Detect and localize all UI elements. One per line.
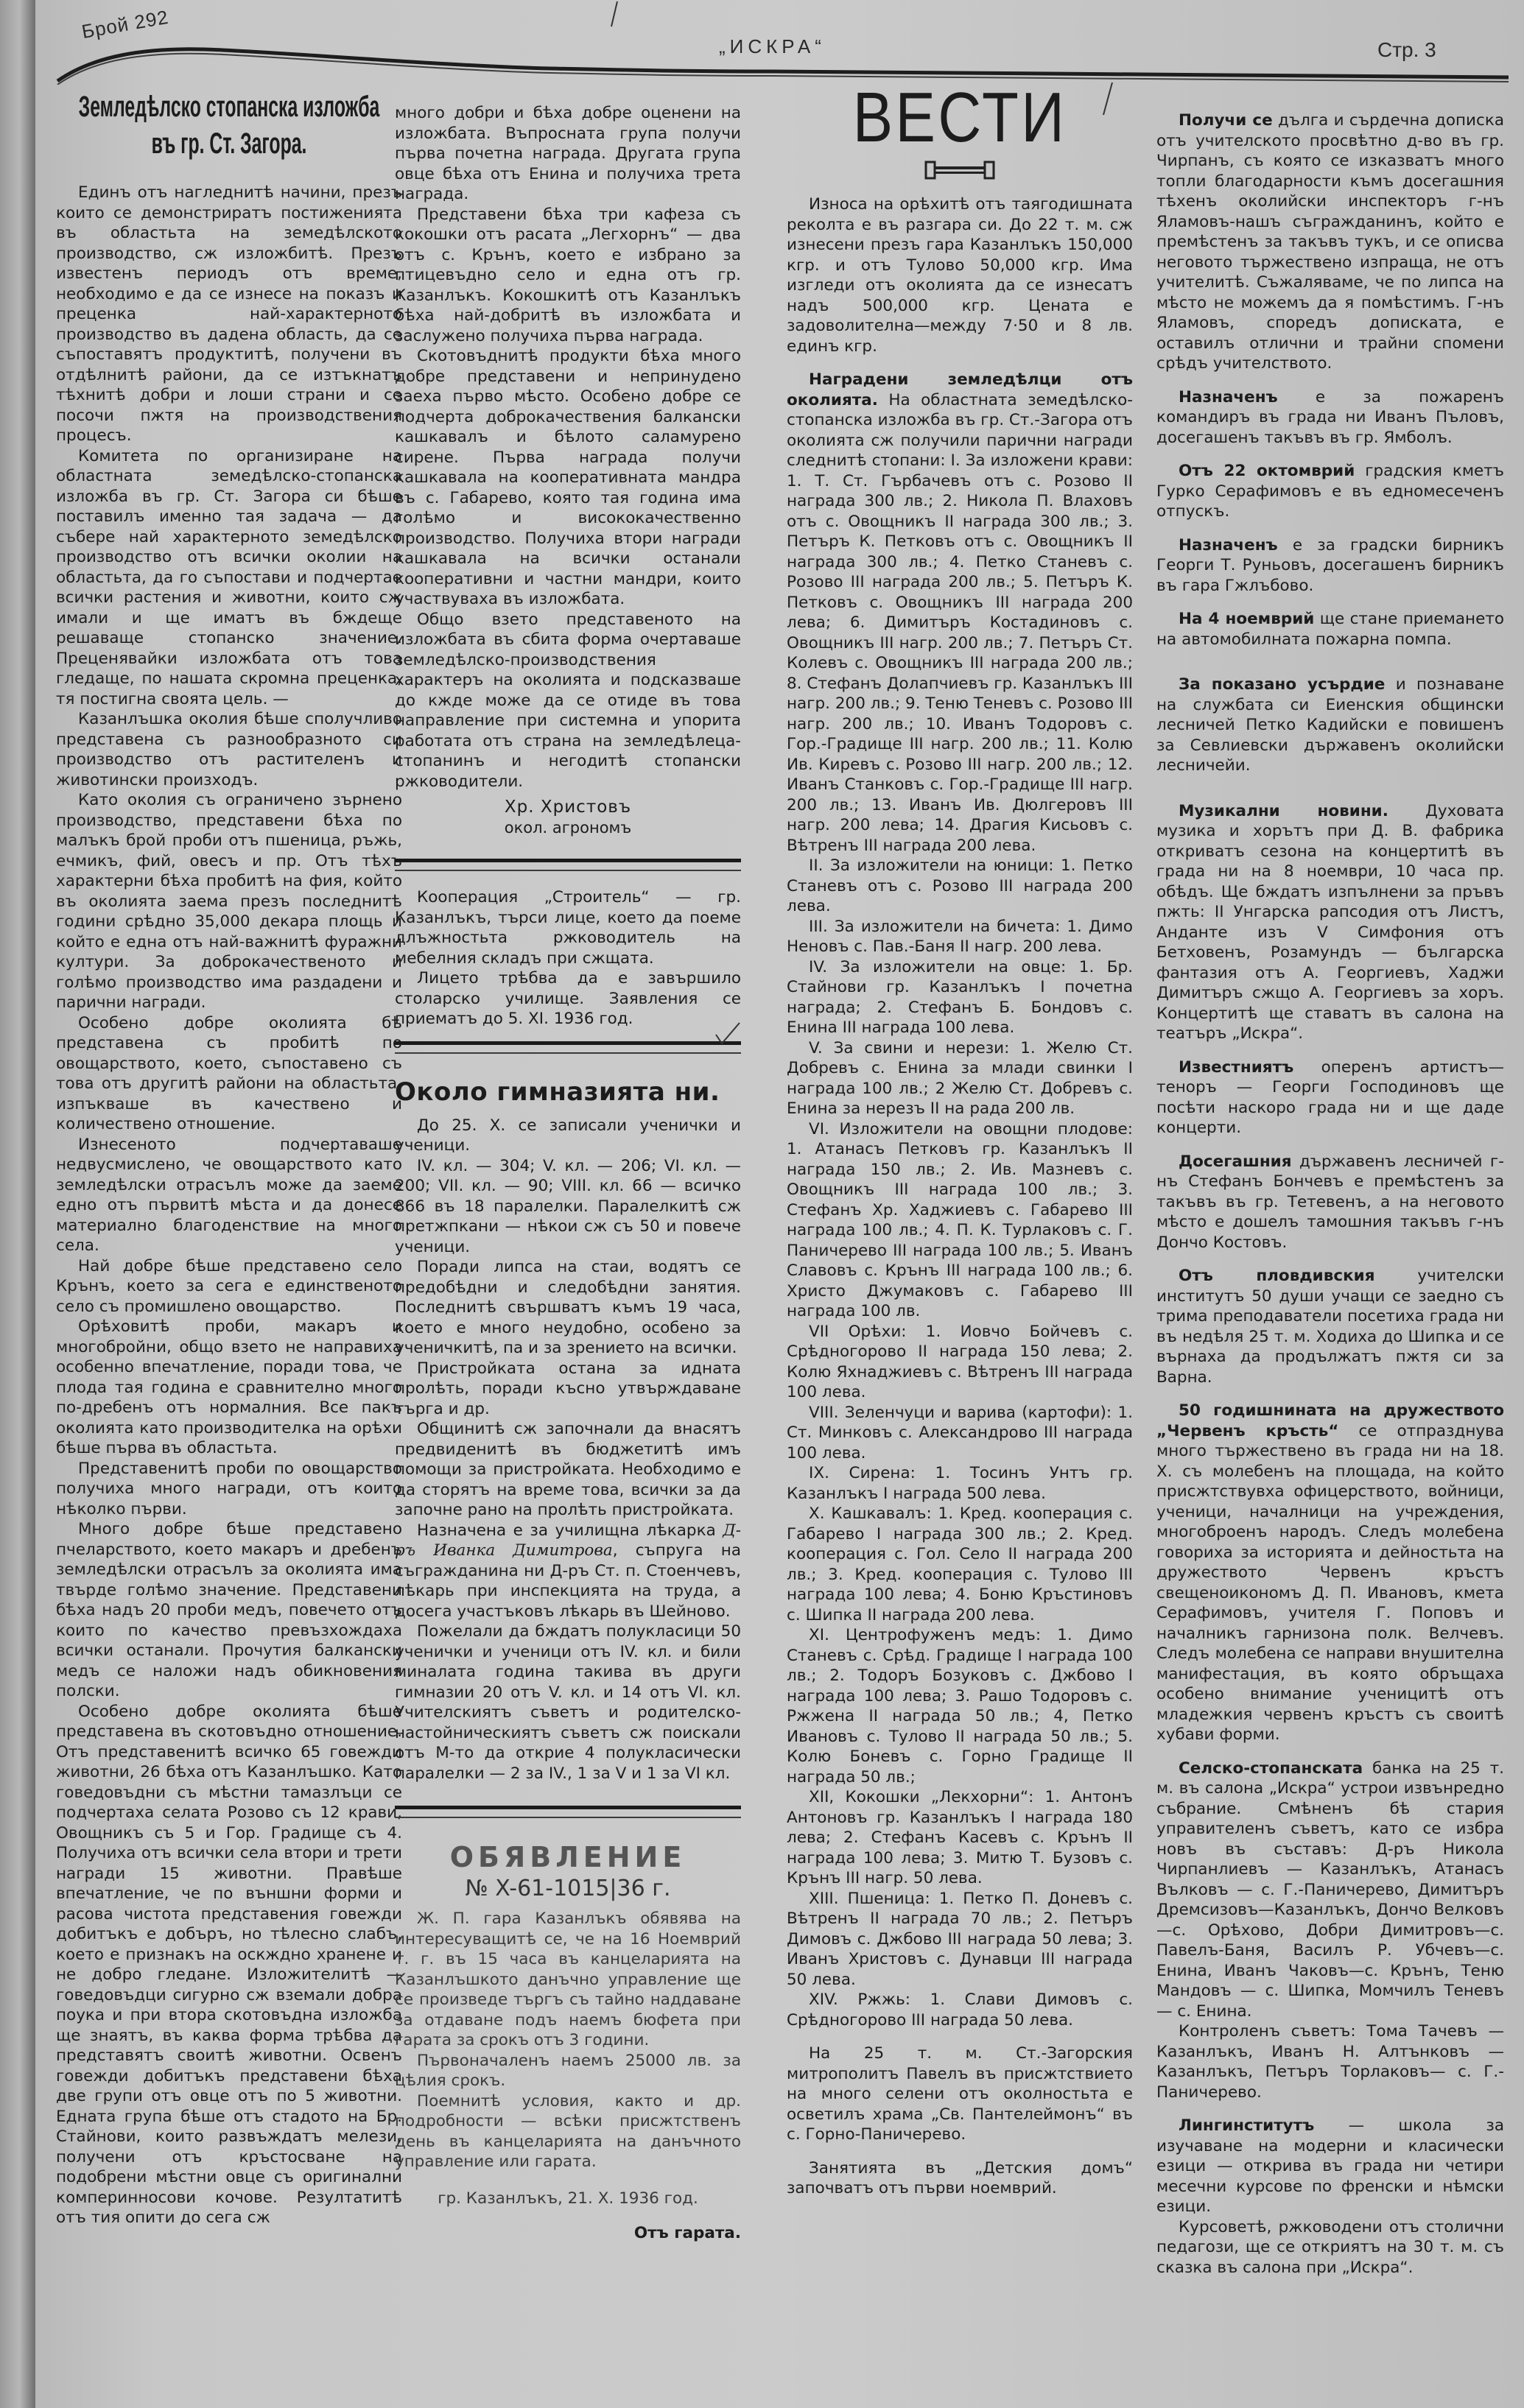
award-category: V. За свини и нерези: 1. Желю Ст. Добрев… [787, 1038, 1133, 1119]
news-item: Получи се дълга и сърдечна дописка отъ у… [1156, 110, 1504, 374]
news-item: Известниятъ оперенъ артистъ— теноръ — Ге… [1156, 1057, 1504, 1138]
notice-paragraph: Първоначаленъ наемъ 25000 лв. за цѣлия с… [395, 2051, 741, 2091]
gym-paragraph: Пожелали да бждатъ полукласици 50 ученич… [395, 1622, 741, 1784]
column-continuation-and-ads: много добри и бѣха добре оценени на изло… [395, 103, 741, 2244]
article-paragraph: Представенитѣ проби по овощарство получи… [56, 1459, 402, 1520]
news-item: Назначенъ е за пожаренъ командиръ въ гра… [1156, 387, 1504, 448]
news-item: Отъ 22 октомврий градския кметъ Гурко Се… [1156, 461, 1504, 522]
railway-notice: ОБЯВЛЕНИЕ № X-61-1015|36 г. Ж. П. гара К… [395, 1848, 741, 2244]
pencil-check-icon [713, 1020, 742, 1046]
news-lead: Досегашния [1179, 1152, 1292, 1171]
article-paragraph: Казанлъшка околия бѣше сполучливо предст… [56, 709, 402, 790]
text: Контроленъ съветъ: Тома Тачевъ — Казанлъ… [1156, 2022, 1504, 2102]
news-item: Досегашния държавенъ лесничей г-нъ Стефа… [1156, 1152, 1504, 1253]
news-section-title: ВЕСТИ [812, 81, 1107, 155]
article-paragraph: Изнесеното подчертаваше недвусмислено, ч… [56, 1135, 402, 1256]
article-paragraph: Като околия съ ограничено зърнено произв… [56, 790, 402, 1013]
gym-paragraph: Общинитѣ сж започнали да внасятъ предвид… [395, 1419, 741, 1521]
news-lead: Получи се [1179, 111, 1273, 130]
ad-paragraph: Лицето трѣбва да е завършило столарско у… [395, 968, 741, 1029]
notice-date: гр. Казанлъкъ, 21. X. 1936 год. [395, 2189, 741, 2209]
award-category: XIII. Пшеница: 1. Петко П. Доневъ с. Вѣт… [787, 1889, 1133, 1990]
award-category: IV. За изложители на овце: 1. Бр. Стайно… [787, 957, 1133, 1038]
news-lead: Музикални новини. [1179, 802, 1388, 820]
news-lead: Назначенъ [1179, 388, 1278, 406]
newspaper-page: Брой 292 „ИСКРА“ Стр. 3 Земледѣлско стоп… [35, 0, 1524, 2408]
news-church: На 25 т. м. Ст.-Загорския митрополитъ Па… [787, 2043, 1133, 2145]
pencil-check-icon [603, 0, 625, 29]
news-item: На 4 ноемврий ще стане приемането на авт… [1156, 609, 1504, 649]
news-item: Контроленъ съветъ: Тома Тачевъ — Казанлъ… [1156, 2021, 1504, 2102]
text: се отпразднува много тържествено въ град… [1156, 1422, 1504, 1745]
gym-paragraph: IV. кл. — 304; V. кл. — 206; VI. кл. — 2… [395, 1156, 741, 1258]
news-item: Селско-стопанската банка на 25 т. м. въ … [1156, 1759, 1504, 2022]
masthead-rule [35, 41, 1524, 85]
news-item: Назначенъ е за градски бирникъ Георги Т.… [1156, 535, 1504, 596]
divider-rule [395, 1041, 741, 1054]
gym-paragraph: До 25. X. се записали ученички и ученици… [395, 1116, 741, 1156]
headline-line-1: Земледѣлско стопанска изложба [58, 88, 401, 125]
masthead: Брой 292 „ИСКРА“ Стр. 3 [35, 0, 1524, 88]
award-category: VI. Изложители на овощни плодове: 1. Ата… [787, 1119, 1133, 1322]
text: Курсоветѣ, ржководени отъ столични педаг… [1156, 2218, 1504, 2277]
award-category: VII Орѣхи: 1. Иовчо Бойчевъ с. Срѣдногор… [787, 1322, 1133, 1403]
news-lead: За показано усърдие [1179, 675, 1385, 694]
gym-paragraph: Пристройката остана за идната пролѣть, п… [395, 1359, 741, 1420]
award-category: XII, Кокошки „Лекхорни“: 1. Антонъ Антон… [787, 1787, 1133, 1889]
headline-line-2: въ гр. Ст. Загора. [58, 125, 401, 162]
article-paragraph: Особено добре околията бѣ представена съ… [56, 1013, 402, 1135]
award-category: II. За изложители на юници: 1. Петко Ста… [787, 856, 1133, 917]
award-category: VIII. Зеленчуци и варива (картофи): 1. С… [787, 1403, 1133, 1464]
article-paragraph: Много добре бѣше представено пчеларствот… [56, 1519, 402, 1702]
article-headline: Земледѣлско стопанска изложба въ гр. Ст.… [58, 88, 401, 162]
article-paragraph: Орѣховитѣ проби, макаръ и многобройни, о… [56, 1317, 402, 1459]
notice-paragraph: Поемнитѣ условия, както и др. подробност… [395, 2091, 741, 2172]
news-item: За показано усърдие и познаване на служб… [1156, 675, 1504, 776]
news-item: Отъ пловдивския учителски институтъ 50 д… [1156, 1266, 1504, 1387]
notice-paragraph: Ж. П. гара Казанлъкъ обявява на интересу… [395, 1909, 741, 2051]
text: Духовата музика и хорътъ при Д. В. фабри… [1156, 802, 1504, 1043]
gym-paragraph: Поради липса на стаи, водятъ се предобѣд… [395, 1257, 741, 1359]
column-news: ВЕСТИ Износа на орѣхитѣ отъ таягодишната… [787, 81, 1133, 2199]
divider-rule [395, 1806, 741, 1818]
author-signature: Хр. Христовъ [395, 798, 741, 818]
gymnasium-headline: Около гимназията ни. [395, 1076, 741, 1108]
adjacent-page-edge [0, 0, 35, 2408]
news-lead: Известниятъ [1179, 1058, 1293, 1077]
ornament-icon [924, 161, 995, 180]
award-category: XIV. Ржжь: 1. Слави Димовъ с. Срѣдногоро… [787, 1990, 1133, 2030]
award-category: X. Кашкавалъ: 1. Кред. кооперация с. Габ… [787, 1504, 1133, 1625]
news-lead: Селско-стопанската [1179, 1759, 1363, 1778]
gym-paragraph-doctor: Назначена е за училищна лѣкарка Д-ръ Ива… [395, 1521, 741, 1622]
text: Назначена е за училищна лѣкарка [417, 1521, 723, 1540]
article-paragraph: Особено добре околията бѣше представена … [56, 1702, 402, 2228]
text: На областната земедѣлско-стопанска излож… [787, 391, 1133, 855]
text: банка на 25 т. м. въ салона „Искра“ устр… [1156, 1759, 1504, 2021]
author-role: окол. агрономъ [395, 818, 741, 839]
issue-number: Брой 292 [80, 6, 171, 43]
news-item: Лингинститутъ — школа за изучаване на мо… [1156, 2116, 1504, 2217]
text: дълга и сърдечна дописка отъ учителското… [1156, 111, 1504, 373]
news-awards: Наградени земледѣлци отъ околията. На об… [787, 370, 1133, 856]
article-paragraph: Представени бѣха три кафеза съ кокошки о… [395, 205, 741, 347]
cooperative-ad: Кооперация „Строитель“ — гр. Казанлъкъ, … [395, 887, 741, 1029]
column-exhibition-article: Земледѣлско стопанска изложба въ гр. Ст.… [56, 88, 402, 2228]
award-category: XI. Центрофуженъ медъ: 1. Димо Станевъ с… [787, 1625, 1133, 1787]
notice-title: ОБЯВЛЕНИЕ [395, 1848, 741, 1868]
notice-signature: Отъ гарата. [395, 2223, 741, 2244]
news-item: Музикални новини. Духовата музика и хоръ… [1156, 801, 1504, 1044]
column-local-news: Получи се дълга и сърдечна дописка отъ у… [1156, 110, 1504, 2278]
notice-number: № X-61-1015|36 г. [395, 1879, 741, 1899]
news-item: Курсоветѣ, ржководени отъ столични педаг… [1156, 2217, 1504, 2278]
ad-paragraph: Кооперация „Строитель“ — гр. Казанлъкъ, … [395, 887, 741, 968]
article-paragraph: Общо взето представеното на изложбата въ… [395, 610, 741, 792]
award-category: III. За изложители на бичета: 1. Димо Не… [787, 917, 1133, 957]
article-paragraph: Единъ отъ нагледнитѣ начини, презъ които… [56, 183, 402, 446]
pencil-check-icon [1096, 81, 1118, 118]
news-lead: Лингинститутъ [1179, 2116, 1314, 2135]
news-lead: Назначенъ [1179, 536, 1278, 555]
news-lead: Отъ пловдивския [1179, 1267, 1375, 1285]
article-paragraph: Скотовъднитѣ продукти бѣха много добре п… [395, 346, 741, 610]
news-lead: На 4 ноемврий [1179, 610, 1314, 628]
article-paragraph: много добри и бѣха добре оценени на изло… [395, 103, 741, 205]
news-lead: Отъ 22 октомврий [1179, 462, 1355, 480]
notice-body: Ж. П. гара Казанлъкъ обявява на интересу… [395, 1909, 741, 2172]
award-category: IX. Сирена: 1. Тосинъ Унтъ гр. Казанлъкъ… [787, 1463, 1133, 1504]
article-paragraph: Комитета по организиране на областната з… [56, 446, 402, 710]
divider-rule [395, 859, 741, 871]
news-kindergarten: Занятията въ „Детския домъ“ започватъ от… [787, 2158, 1133, 2199]
article-paragraph: Най добре бѣше представено село Крънъ, к… [56, 1256, 402, 1317]
news-walnut-export: Износа на орѣхитѣ отъ таягодишната рекол… [787, 194, 1133, 356]
news-item: 50 годишнината на дружеството „Червенъ к… [1156, 1401, 1504, 1745]
